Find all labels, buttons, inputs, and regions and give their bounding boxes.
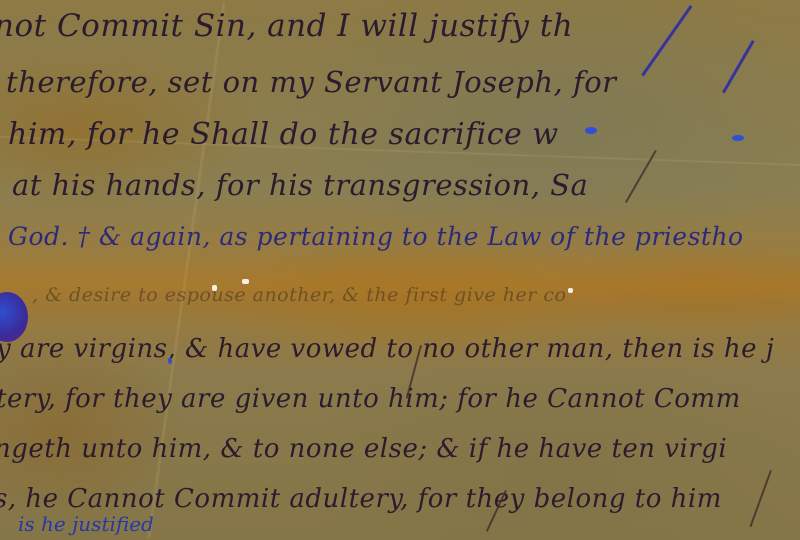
pen-stroke <box>641 5 692 76</box>
manuscript-line-5: God. † & again, as pertaining to the Law… <box>8 222 744 251</box>
manuscript-line-2: therefore, set on my Servant Joseph, for <box>6 65 617 99</box>
blue-ink-spot <box>168 358 172 364</box>
pen-stroke <box>722 40 755 93</box>
manuscript-line-8: tery, for they are given unto him; for h… <box>0 384 741 414</box>
blue-ink-spot <box>732 135 744 141</box>
manuscript-line-1: not Commit Sin, and I will justify th <box>0 8 573 44</box>
manuscript-page: not Commit Sin, and I will justify th th… <box>0 0 800 540</box>
manuscript-line-4: at his hands, for his transgression, Sa <box>12 168 588 202</box>
manuscript-line-10: s, he Cannot Commit adultery, for they b… <box>0 484 722 514</box>
manuscript-line-6-faded: , & desire to espouse another, & the fir… <box>32 284 566 306</box>
paper-hole <box>568 288 573 293</box>
paper-hole <box>242 279 249 284</box>
manuscript-line-9: ngeth unto him, & to none else; & if he … <box>0 434 727 464</box>
manuscript-line-7: y are virgins, & have vowed to no other … <box>0 334 774 364</box>
paper-hole <box>212 285 217 291</box>
manuscript-line-3: him, for he Shall do the sacrifice w <box>8 117 559 152</box>
pen-stroke <box>749 470 771 527</box>
margin-annotation: is he justified <box>18 512 154 536</box>
blue-ink-spot <box>585 127 597 134</box>
